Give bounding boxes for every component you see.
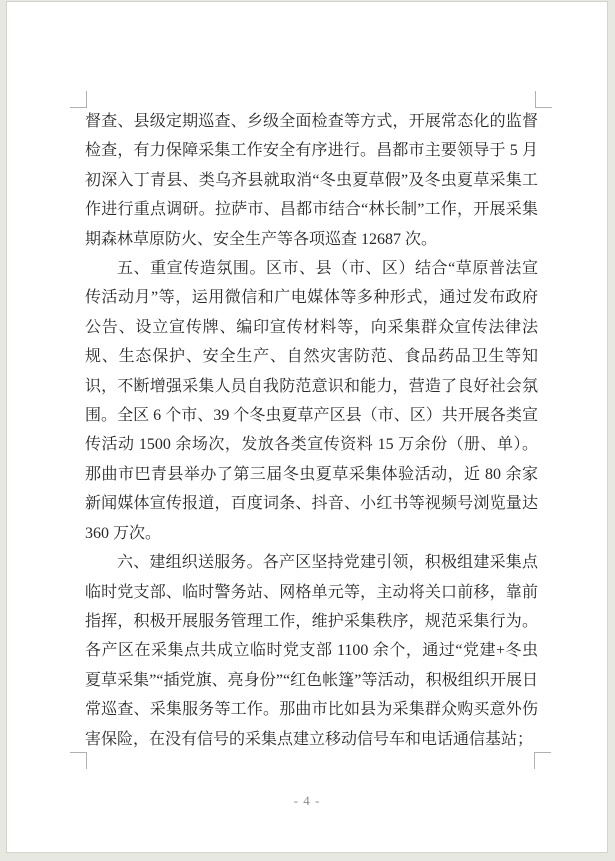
text-boundary-mark-bottom-left — [70, 752, 87, 769]
text-boundary-mark-bottom-right — [534, 752, 551, 769]
text-boundary-mark-top-right — [535, 91, 552, 108]
document-body: 督查、县级定期巡查、乡级全面检查等方式，开展常态化的监督检查，有力保障采集工作安… — [85, 107, 538, 754]
body-paragraph-continuation: 督查、县级定期巡查、乡级全面检查等方式，开展常态化的监督检查，有力保障采集工作安… — [85, 107, 538, 254]
page-number: - 4 - — [7, 793, 607, 809]
body-paragraph-section-5: 五、重宣传造氛围。区市、县（市、区）结合“草原普法宣传活动月”等，运用微信和广电… — [85, 254, 538, 548]
body-paragraph-section-6: 六、建组织送服务。各产区坚持党建引领，积极组建采集点临时党支部、临时警务站、网格… — [85, 548, 538, 754]
document-page: 督查、县级定期巡查、乡级全面检查等方式，开展常态化的监督检查，有力保障采集工作安… — [6, 1, 608, 853]
text-boundary-mark-top-left — [70, 91, 87, 108]
